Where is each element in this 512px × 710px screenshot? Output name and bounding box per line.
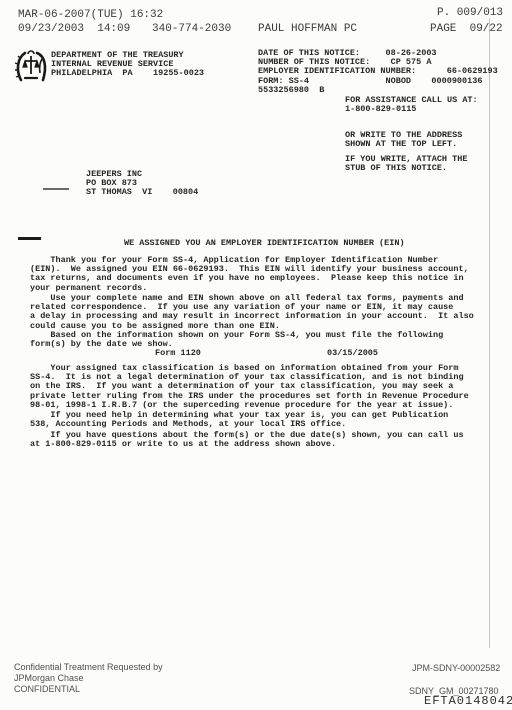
bates-number-efta: EFTA01480424	[424, 694, 512, 708]
paragraph-publication-538: If you need help in determining what you…	[30, 411, 448, 429]
paragraph-questions: If you have questions about the form(s) …	[30, 431, 464, 449]
bates-number-jpm: JPM-SDNY-00002582	[412, 663, 500, 674]
text-line: PHILADELPHIA PA 19255-0023	[51, 69, 204, 78]
text-line: STUB OF THIS NOTICE.	[345, 164, 467, 173]
text-line: your permanent records.	[30, 284, 469, 293]
fax-sent-timestamp: MAR-06-2007(TUE) 16:32	[18, 9, 163, 21]
text-line: Confidential Treatment Requested by	[14, 662, 163, 673]
addressee-block: JEEPERS INCPO BOX 873ST THOMAS VI 00804	[86, 170, 198, 198]
assistance-attach-stub: IF YOU WRITE, ATTACH THESTUB OF THIS NOT…	[345, 155, 467, 173]
text-line: SHOWN AT THE TOP LEFT.	[345, 140, 462, 149]
fax-sender-name: PAUL HOFFMAN PC	[258, 23, 357, 35]
paragraph-tax-classification: Your assigned tax classification is base…	[30, 364, 469, 410]
text-line: 1-800-829-0115	[345, 105, 478, 114]
irs-letterhead: DEPARTMENT OF THE TREASURYINTERNAL REVEN…	[51, 51, 204, 79]
scan-artifact-dash	[18, 237, 41, 240]
assistance-write-address: OR WRITE TO THE ADDRESSSHOWN AT THE TOP …	[345, 131, 462, 149]
scan-artifact-vertical-line	[489, 18, 490, 648]
paragraph-filing-requirement: Based on the information shown on your F…	[30, 331, 443, 349]
text-line: ST THOMAS VI 00804	[86, 188, 198, 197]
letter-title: WE ASSIGNED YOU AN EMPLOYER IDENTIFICATI…	[124, 239, 405, 248]
text-line: 98-01, 1998-1 I.R.B.7 (or the supercedin…	[30, 401, 469, 410]
required-form-name: Form 1120	[155, 349, 201, 358]
fax-received-timestamp: 09/23/2003 14:09	[18, 23, 130, 35]
treasury-eagle-seal-icon	[13, 49, 49, 85]
text-line: at 1-800-829-0115 or write to us at the …	[30, 440, 464, 449]
scan-artifact-dash	[43, 188, 69, 190]
notice-metadata: DATE OF THIS NOTICE: 08-26-2003NUMBER OF…	[258, 49, 498, 95]
assistance-phone: FOR ASSISTANCE CALL US AT:1-800-829-0115	[345, 96, 478, 114]
text-line: 538, Accounting Periods and Methods, at …	[30, 420, 448, 429]
form-due-row: Form 1120 03/15/2005	[30, 349, 488, 359]
text-line: CONFIDENTIAL	[14, 684, 163, 695]
paragraph-use-complete-name: Use your complete name and EIN shown abo…	[30, 294, 474, 331]
fax-page-indicator: P. 009/013	[437, 7, 503, 19]
fax-number: 340-774-2030	[152, 23, 231, 35]
fax-page-count: PAGE 09/22	[430, 23, 503, 35]
scanned-fax-document: MAR-06-2007(TUE) 16:32 P. 009/013 09/23/…	[0, 0, 512, 710]
text-line: 5533256980 B	[258, 86, 498, 95]
paragraph-thank-you: Thank you for your Form SS-4, Applicatio…	[30, 256, 469, 293]
form-due-date: 03/15/2005	[327, 349, 378, 358]
text-line: JPMorgan Chase	[14, 673, 163, 684]
confidential-treatment-stamp: Confidential Treatment Requested byJPMor…	[14, 662, 163, 695]
